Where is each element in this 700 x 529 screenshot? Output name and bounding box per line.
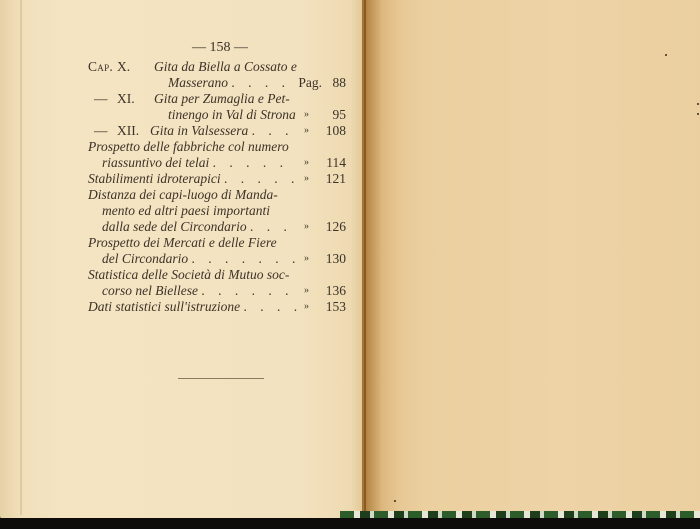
ditto-mark: » (304, 123, 309, 139)
ditto-mark: » (304, 107, 309, 123)
page-label: Pag. (298, 75, 322, 91)
toc-line: del Circondario . . . . . . . » 130 (88, 251, 346, 267)
toc-line: Distanza dei capi-luogo di Manda- (88, 187, 346, 203)
book-scan: — 158 — Cap. X. Gita da Biella a Cossato… (0, 0, 700, 529)
toc-line: Statistica delle Società di Mutuo soc- (88, 267, 346, 283)
book-gutter (364, 0, 366, 514)
entry-title: Dati statistici sull'istruzione . . . . (88, 299, 302, 315)
toc-line: Cap. X. Gita da Biella a Cossato e (88, 59, 346, 75)
chapter-numeral: XI. (117, 91, 135, 107)
page-ref: 114 (326, 155, 346, 171)
entry-title: Gita per Zumaglia e Pet- (154, 91, 290, 107)
ditto-mark: » (304, 251, 309, 267)
chapter-dash: — (94, 123, 108, 139)
entry-title: dalla sede del Circondario . . . (102, 219, 292, 235)
entry-title: Gita da Biella a Cossato e (154, 59, 297, 75)
right-page-blank (362, 0, 700, 514)
page-number: — 158 — (180, 40, 260, 56)
toc-line: Prospetto dei Mercati e delle Fiere (88, 235, 346, 251)
chapter-dash: — (94, 91, 108, 107)
toc-line: mento ed altri paesi importanti (88, 203, 346, 219)
toc-line: dalla sede del Circondario . . . » 126 (88, 219, 346, 235)
page-ref: 121 (326, 171, 346, 187)
ditto-mark: » (304, 283, 309, 299)
ditto-mark: » (304, 171, 309, 187)
toc-line: Stabilimenti idroterapici . . . . . » 12… (88, 171, 346, 187)
toc-line: Prospetto delle fabbriche col numero (88, 139, 346, 155)
toc-line: riassuntivo dei telai . . . . . » 114 (88, 155, 346, 171)
entry-title: Stabilimenti idroterapici . . . . . (88, 171, 299, 187)
page-ref: 126 (326, 219, 346, 235)
ditto-mark: » (304, 299, 309, 315)
gutter-stain (362, 0, 400, 514)
page-ref: 153 (326, 299, 346, 315)
marbled-cover-edge (340, 511, 700, 518)
page-ref: 108 (326, 123, 346, 139)
page-ref: 130 (326, 251, 346, 267)
entry-title: riassuntivo dei telai . . . . . (102, 155, 288, 171)
page-ref: 136 (326, 283, 346, 299)
entry-title: Distanza dei capi-luogo di Manda- (88, 187, 278, 203)
left-page-edge (20, 0, 22, 515)
ditto-mark: » (304, 219, 309, 235)
scan-background (0, 518, 700, 529)
toc-line: Dati statistici sull'istruzione . . . . … (88, 299, 346, 315)
page-ref: 95 (333, 107, 347, 123)
chapter-numeral: XII. (117, 123, 139, 139)
entry-title: corso nel Biellese . . . . . . (102, 283, 293, 299)
entry-title: Statistica delle Società di Mutuo soc- (88, 267, 289, 283)
toc-line: — XI. Gita per Zumaglia e Pet- (88, 91, 346, 107)
chapter-prefix: Cap. (88, 59, 113, 75)
ditto-mark: » (304, 155, 309, 171)
toc-line: tinengo in Val di Strona » 95 (88, 107, 346, 123)
entry-title: Masserano . . . . (168, 75, 290, 91)
table-of-contents: Cap. X. Gita da Biella a Cossato e Masse… (88, 59, 346, 315)
entry-title: mento ed altri paesi importanti (102, 203, 270, 219)
toc-line: corso nel Biellese . . . . . . » 136 (88, 283, 346, 299)
toc-line: Masserano . . . . Pag. 88 (88, 75, 346, 91)
entry-title: del Circondario . . . . . . . (102, 251, 300, 267)
toc-line: — XII. Gita in Valsessera . . . » 108 (88, 123, 346, 139)
entry-title: Prospetto dei Mercati e delle Fiere (88, 235, 277, 251)
entry-title: tinengo in Val di Strona (168, 107, 296, 123)
page-ref: 88 (333, 75, 347, 91)
entry-title: Prospetto delle fabbriche col numero (88, 139, 289, 155)
section-rule (178, 378, 264, 379)
chapter-numeral: X. (117, 59, 130, 75)
entry-title: Gita in Valsessera . . . (150, 123, 294, 139)
